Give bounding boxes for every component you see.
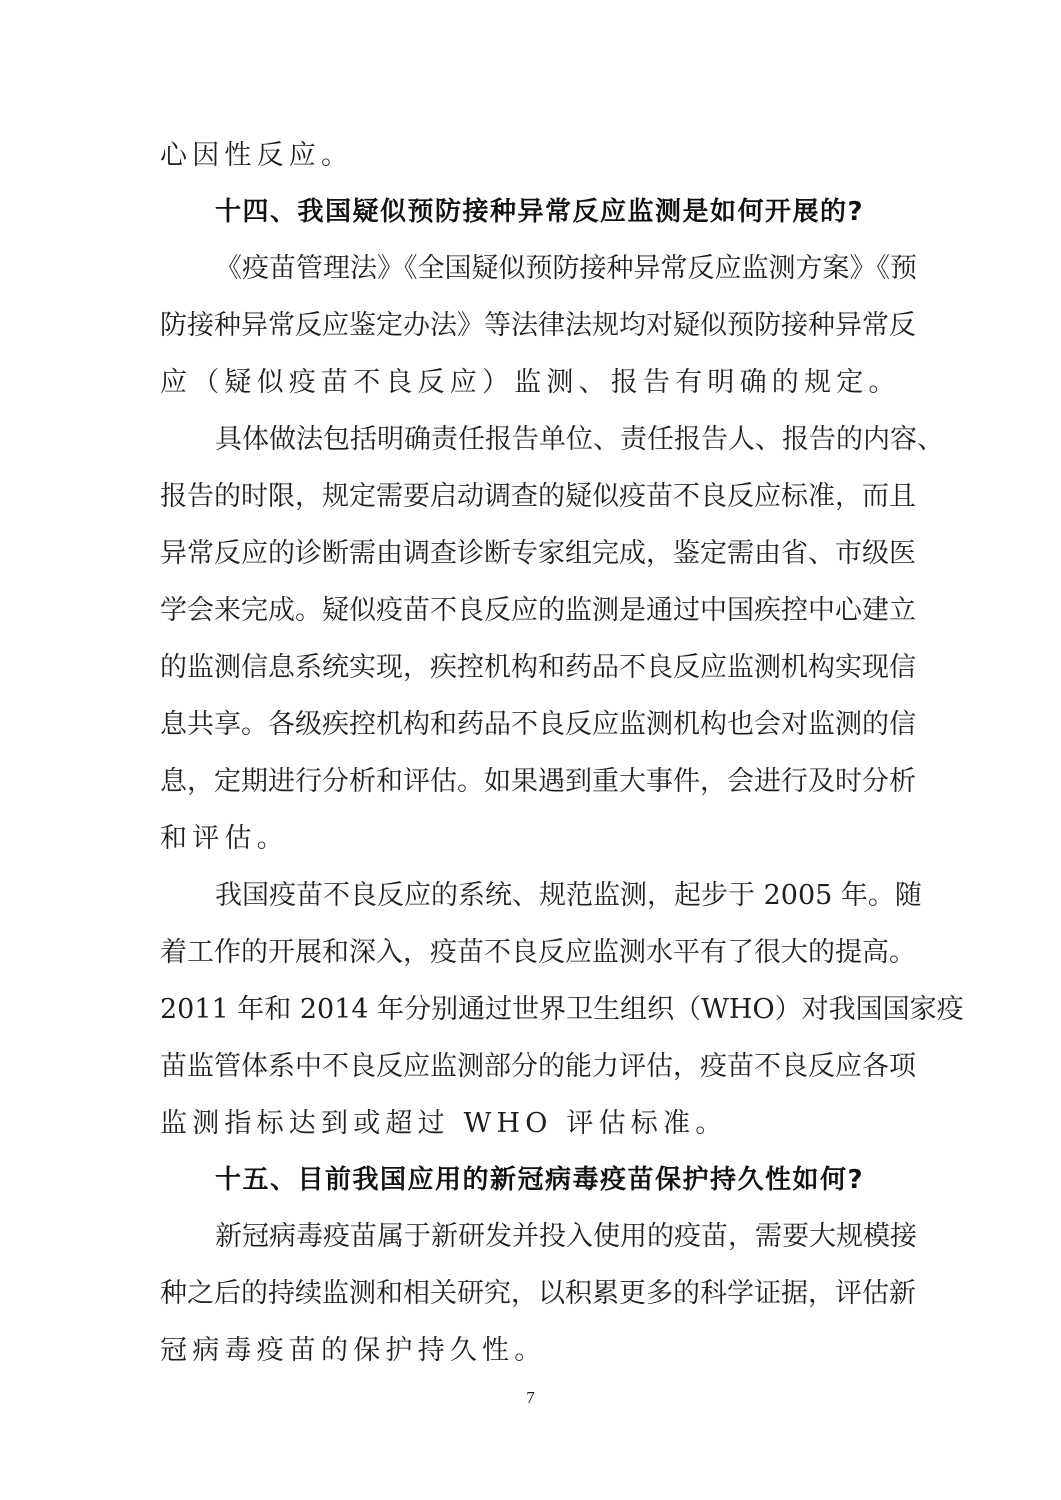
- paragraph-line: 息，定期进行分析和评估。如果遇到重大事件，会进行及时分析: [160, 765, 912, 799]
- paragraph-line: 心因性反应。: [160, 139, 912, 173]
- paragraph-line: 学会来完成。疑似疫苗不良反应的监测是通过中国疾控中心建立: [160, 594, 912, 628]
- page-number: 7: [0, 1388, 1061, 1408]
- paragraph-line: 冠病毒疫苗的保护持久性。: [160, 1334, 912, 1368]
- paragraph-line: 和评估。: [160, 822, 912, 856]
- paragraph-line: 新冠病毒疫苗属于新研发并投入使用的疫苗，需要大规模接: [215, 1220, 912, 1254]
- paragraph-line: 的监测信息系统实现，疾控机构和药品不良反应监测机构实现信: [160, 651, 912, 685]
- paragraph-line: 2011 年和 2014 年分别通过世界卫生组织（WHO）对我国国家疫: [160, 993, 912, 1027]
- paragraph-line: 监测指标达到或超过 WHO 评估标准。: [160, 1107, 912, 1141]
- paragraph-line: 息共享。各级疾控机构和药品不良反应监测机构也会对监测的信: [160, 708, 912, 742]
- section-heading-15: 十五、目前我国应用的新冠病毒疫苗保护持久性如何?: [215, 1163, 864, 1197]
- document-page: 心因性反应。 十四、我国疑似预防接种异常反应监测是如何开展的? 《疫苗管理法》《…: [0, 0, 1061, 1500]
- paragraph-line: 苗监管体系中不良反应监测部分的能力评估，疫苗不良反应各项: [160, 1050, 912, 1084]
- paragraph-line: 具体做法包括明确责任报告单位、责任报告人、报告的内容、: [215, 423, 912, 457]
- paragraph-line: 着工作的开展和深入，疫苗不良反应监测水平有了很大的提高。: [160, 936, 912, 970]
- paragraph-line: 异常反应的诊断需由调查诊断专家组完成，鉴定需由省、市级医: [160, 537, 912, 571]
- paragraph-line: 《疫苗管理法》《全国疑似预防接种异常反应监测方案》《预: [215, 252, 912, 286]
- paragraph-line: 报告的时限，规定需要启动调查的疑似疫苗不良反应标准，而且: [160, 480, 912, 514]
- paragraph-line: 防接种异常反应鉴定办法》等法律法规均对疑似预防接种异常反: [160, 309, 912, 343]
- section-heading-14: 十四、我国疑似预防接种异常反应监测是如何开展的?: [215, 195, 864, 229]
- paragraph-line: 种之后的持续监测和相关研究，以积累更多的科学证据，评估新: [160, 1277, 912, 1311]
- paragraph-line: 应（疑似疫苗不良反应）监测、报告有明确的规定。: [160, 366, 912, 400]
- paragraph-line: 我国疫苗不良反应的系统、规范监测，起步于 2005 年。随: [215, 879, 912, 913]
